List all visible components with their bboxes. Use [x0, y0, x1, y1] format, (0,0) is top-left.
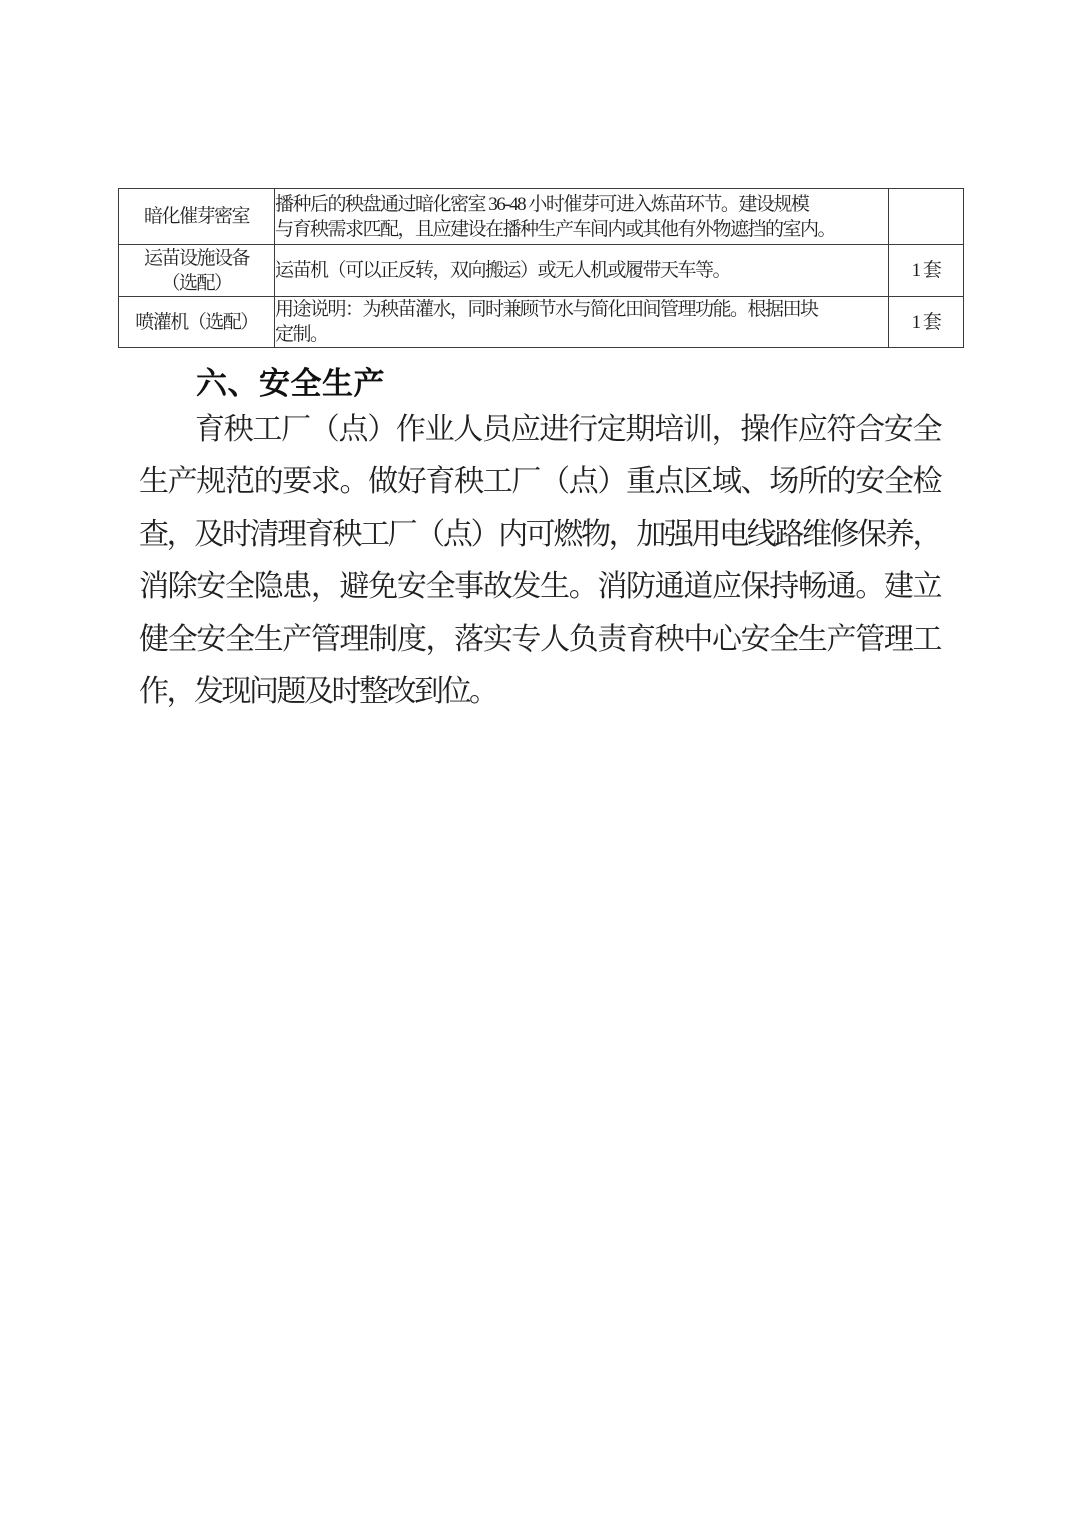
table-row: 运苗设施设备 （选配） 运苗机（可以正反转，双向搬运）或无人机或履带天车等。 1…: [119, 245, 964, 297]
paragraph-line: 健全安全生产管理制度，落实专人负责育秧中心安全生产管理工: [139, 614, 940, 666]
equipment-name-cell: 运苗设施设备 （选配）: [119, 245, 275, 297]
equipment-name-cell: 喷灌机（选配）: [119, 297, 275, 348]
equipment-desc-line: 定制。: [275, 322, 888, 347]
equipment-name-cell: 暗化催芽密室: [119, 189, 275, 245]
section-heading: 六、安全生产: [196, 358, 385, 403]
paragraph-line: 育秧工厂（点）作业人员应进行定期培训，操作应符合安全: [139, 404, 940, 456]
equipment-qty-cell: 1 套: [889, 245, 964, 297]
paragraph-line: 作，发现问题及时整改到位。: [139, 666, 940, 718]
equipment-name-line: 喷灌机（选配）: [119, 310, 274, 335]
equipment-desc-cell: 播种后的秧盘通过暗化密室 36-48 小时催芽可进入炼苗环节。建设规模 与育秧需…: [275, 189, 889, 245]
equipment-name-line: （选配）: [119, 271, 274, 296]
equipment-name-line: 暗化催芽密室: [119, 204, 274, 229]
equipment-desc-cell: 用途说明：为秧苗灌水，同时兼顾节水与简化田间管理功能。根据田块 定制。: [275, 297, 889, 348]
equipment-qty-cell: 1 套: [889, 297, 964, 348]
equipment-desc-line: 播种后的秧盘通过暗化密室 36-48 小时催芽可进入炼苗环节。建设规模: [275, 192, 888, 217]
equipment-desc-cell: 运苗机（可以正反转，双向搬运）或无人机或履带天车等。: [275, 245, 889, 297]
paragraph-line: 生产规范的要求。做好育秧工厂（点）重点区域、场所的安全检: [139, 456, 940, 508]
document-page: 暗化催芽密室 播种后的秧盘通过暗化密室 36-48 小时催芽可进入炼苗环节。建设…: [0, 0, 1074, 1520]
equipment-qty-value: 1 套: [889, 310, 963, 335]
body-paragraph: 育秧工厂（点）作业人员应进行定期培训，操作应符合安全 生产规范的要求。做好育秧工…: [139, 404, 940, 718]
equipment-qty-cell: [889, 189, 964, 245]
equipment-desc-line: 与育秧需求匹配，且应建设在播种生产车间内或其他有外物遮挡的室内。: [275, 217, 888, 242]
table-row: 喷灌机（选配） 用途说明：为秧苗灌水，同时兼顾节水与简化田间管理功能。根据田块 …: [119, 297, 964, 348]
table-row: 暗化催芽密室 播种后的秧盘通过暗化密室 36-48 小时催芽可进入炼苗环节。建设…: [119, 189, 964, 245]
equipment-desc-line: 运苗机（可以正反转，双向搬运）或无人机或履带天车等。: [275, 258, 888, 283]
paragraph-line: 消除安全隐患，避免安全事故发生。消防通道应保持畅通。建立: [139, 561, 940, 613]
equipment-table: 暗化催芽密室 播种后的秧盘通过暗化密室 36-48 小时催芽可进入炼苗环节。建设…: [118, 188, 964, 348]
paragraph-line: 查，及时清理育秧工厂（点）内可燃物，加强用电线路维修保养，: [139, 509, 940, 561]
equipment-qty-value: 1 套: [889, 258, 963, 283]
equipment-name-line: 运苗设施设备: [119, 246, 274, 271]
equipment-desc-line: 用途说明：为秧苗灌水，同时兼顾节水与简化田间管理功能。根据田块: [275, 297, 888, 322]
